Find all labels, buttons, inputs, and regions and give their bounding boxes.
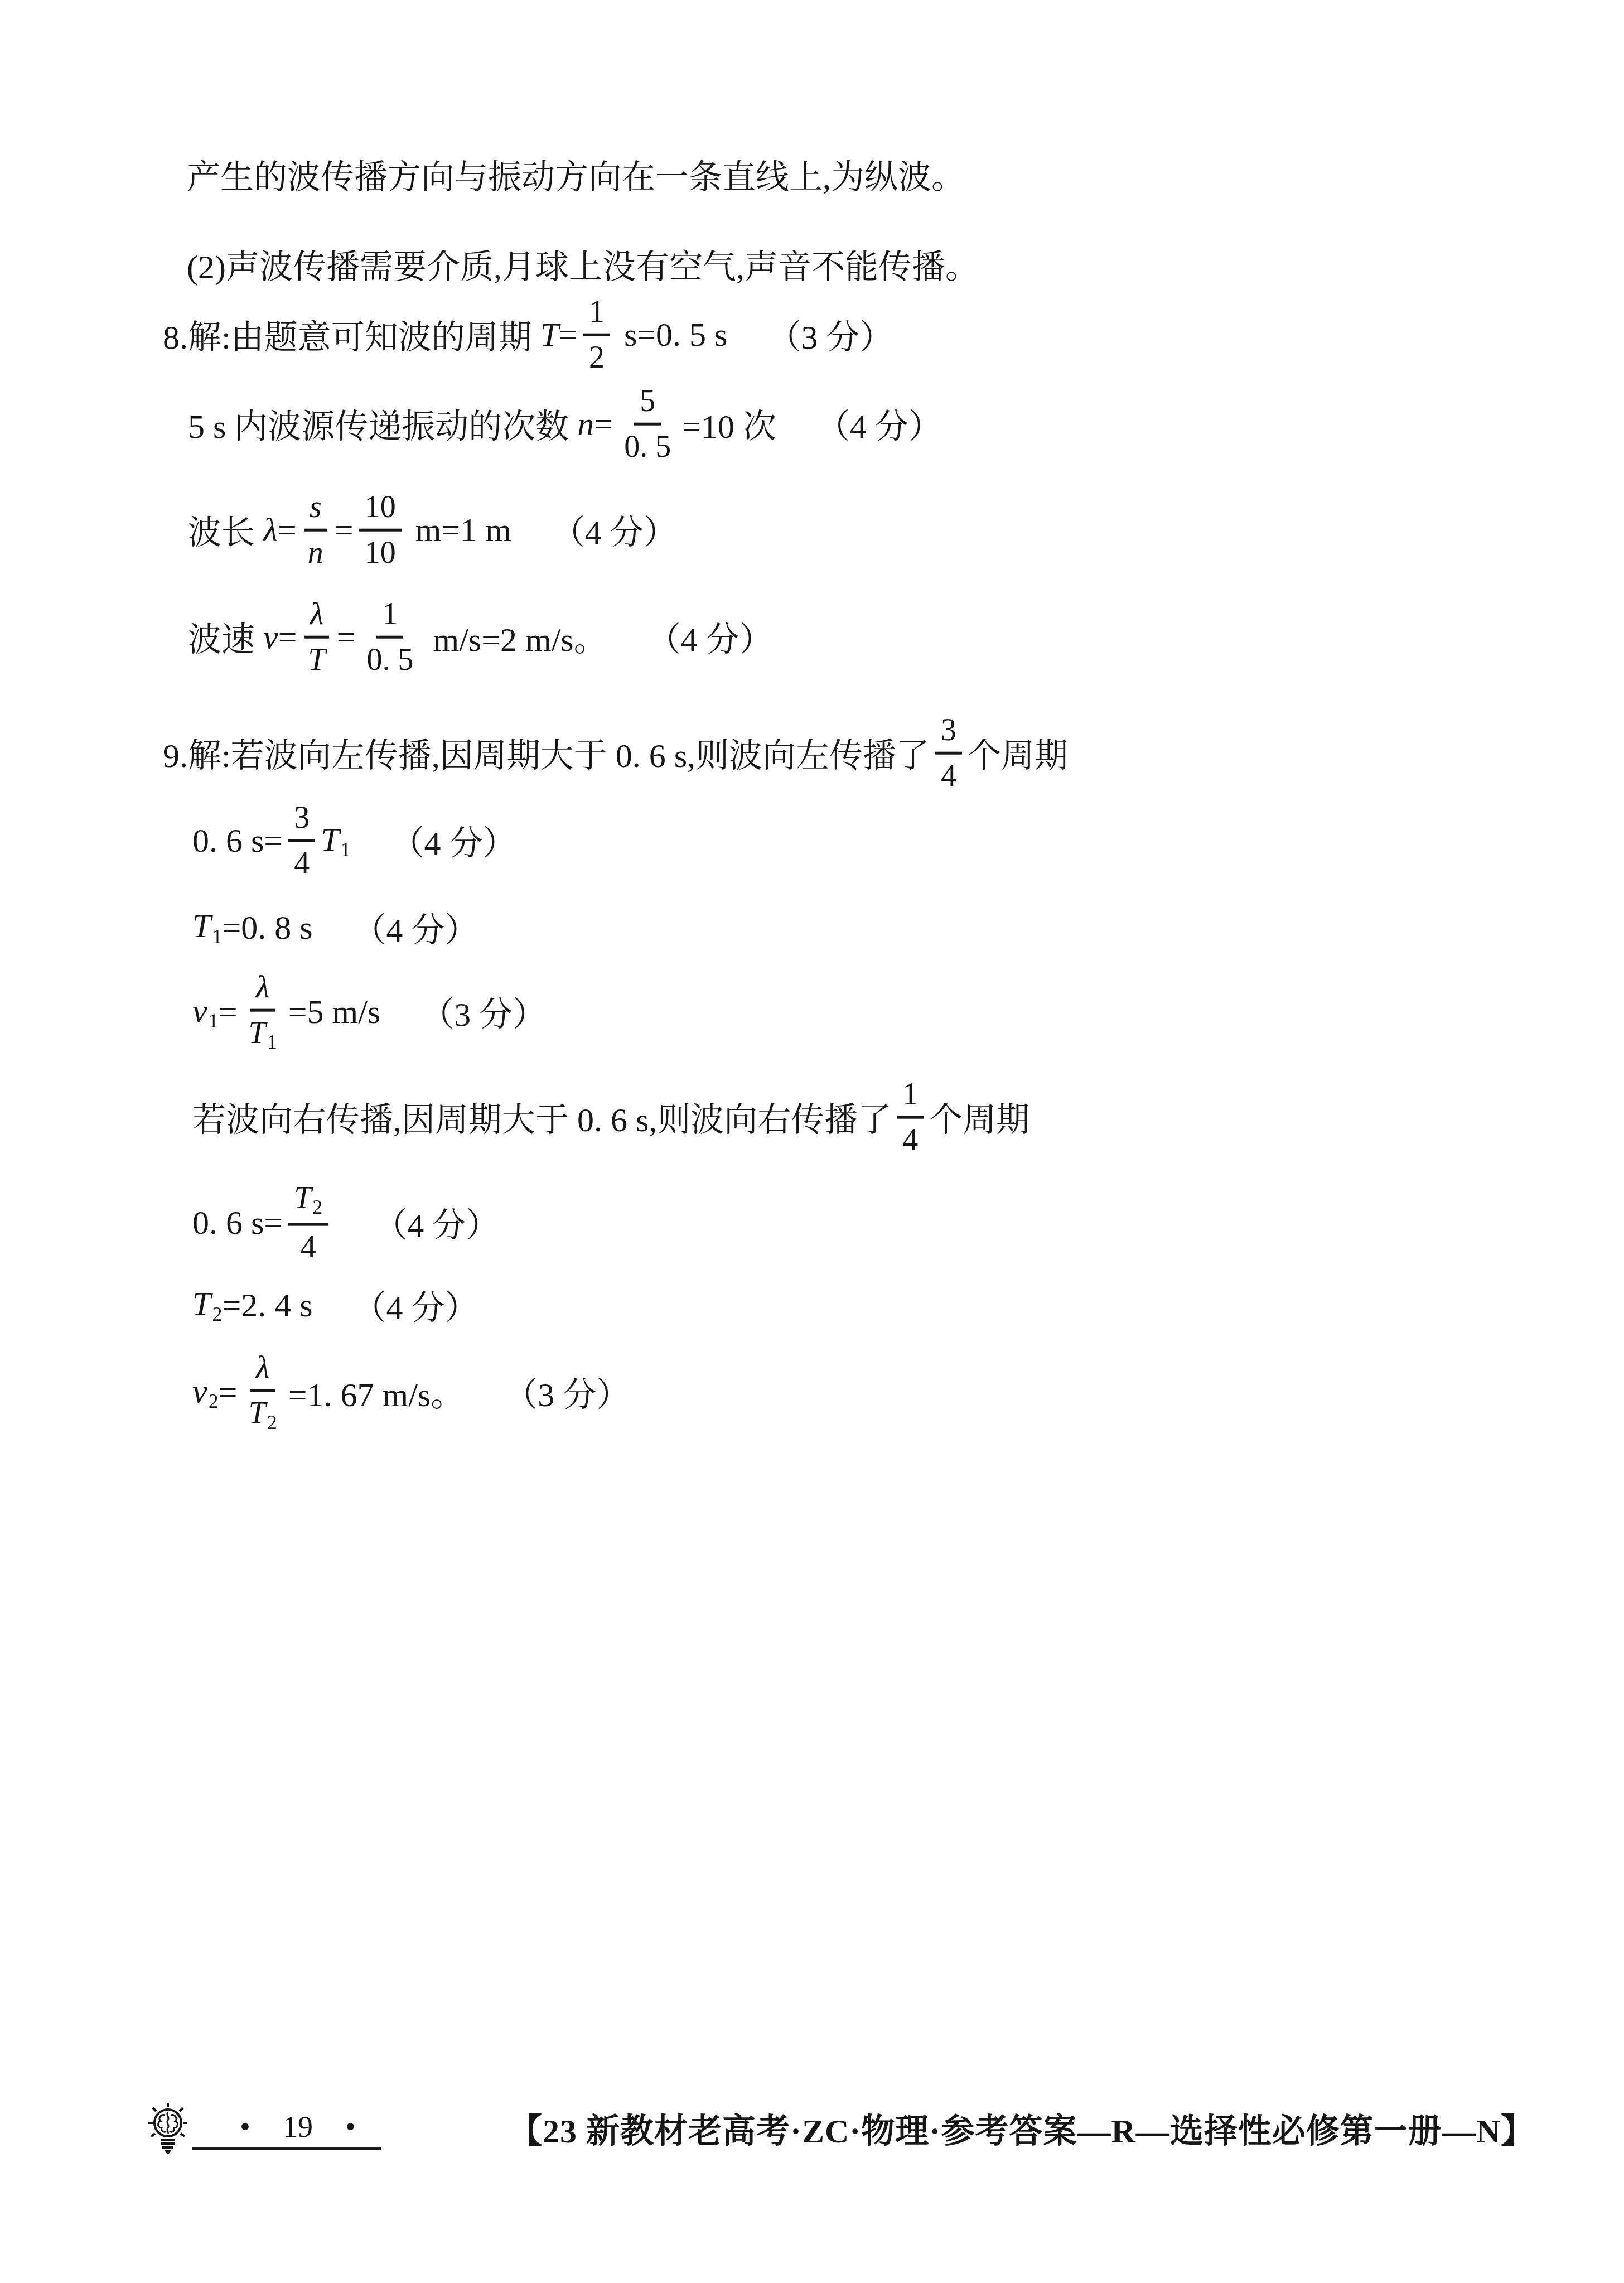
page-number-underline [192, 2147, 381, 2150]
fraction-numerator: λ [250, 1352, 275, 1392]
answer8-count-line: 5 s 内波源传递振动的次数 n=50. 5=10 次（4 分） [188, 385, 942, 464]
text-run: 个周期 [968, 729, 1068, 777]
fraction-denominator: 0. 5 [361, 639, 419, 677]
subscript: 2 [312, 1196, 322, 1218]
fraction-numerator: T2 [288, 1182, 328, 1226]
answer8-wavelength-line: 波长 λ=sn=1010 m=1 m（4 分） [188, 491, 677, 569]
fraction-denominator: 4 [288, 842, 315, 880]
variable: v2 [192, 1372, 219, 1412]
answer8-period-line: 8.解:由题意可知波的周期 T=12 s=0. 5 s（3 分） [163, 296, 893, 374]
answer9-speed2-line: v2=λT2=1. 67 m/s。（3 分） [192, 1352, 630, 1433]
text-run: =0. 8 s [222, 909, 312, 947]
variable: λ [263, 511, 278, 549]
volume-label: 【23 新教材老高考·ZC·物理·参考答案—R—选择性必修第一册—N】 [509, 2105, 1535, 2152]
text-run: 0. 6 s= [192, 822, 283, 860]
fraction: 14 [897, 1078, 924, 1157]
fraction: λT1 [243, 971, 282, 1053]
variable: n [577, 405, 594, 443]
fraction-numerator: 3 [935, 714, 962, 755]
fraction-denominator: T2 [243, 1392, 282, 1433]
text-run: （4 分） [391, 817, 516, 865]
subscript: 1 [341, 838, 351, 861]
text-run: （3 分） [504, 1368, 630, 1416]
answer9-period1-line: T1=0. 8 s（4 分） [192, 904, 478, 952]
text-run: = [278, 511, 297, 549]
subscript: 2 [267, 1411, 277, 1433]
text-run: = [559, 316, 578, 354]
text-run: 8.解:由题意可知波的周期 [163, 311, 540, 359]
text-run: （3 分） [767, 311, 893, 359]
fraction-denominator: 4 [295, 1226, 322, 1264]
fraction: λT2 [243, 1352, 282, 1433]
variable: v [263, 618, 278, 657]
page-number-bullet-left: • [240, 2110, 250, 2144]
variable: T1 [321, 820, 350, 861]
fraction-denominator: 10 [359, 532, 402, 569]
fraction: 1010 [359, 491, 402, 569]
fraction: 34 [935, 714, 962, 793]
answer7-part2-line: (2)声波传播需要介质,月球上没有空气,声音不能传播。 [187, 240, 979, 288]
answer9-period2-line: T2=2. 4 s（4 分） [192, 1281, 478, 1329]
answer9-left-equation-line: 0. 6 s=34T1（4 分） [192, 802, 516, 880]
text-run: 0. 6 s= [192, 1203, 283, 1242]
text-run: = [219, 1373, 238, 1411]
answer-sheet-page: 产生的波传播方向与振动方向在一条直线上,为纵波。(2)声波传播需要介质,月球上没… [0, 0, 1624, 2283]
text-run: （4 分） [353, 1281, 478, 1329]
text-run: = [219, 992, 238, 1031]
answer9-left-direction-line: 9.解:若波向左传播,因周期大于 0. 6 s,则波向左传播了34个周期 [163, 714, 1068, 793]
text-run: 波速 [188, 613, 263, 661]
text-run: 若波向右传播,因周期大于 0. 6 s,则波向右传播了 [192, 1093, 891, 1141]
text-run: 5 s 内波源传递振动的次数 [188, 400, 577, 448]
fraction: 50. 5 [618, 385, 676, 464]
subscript: 2 [209, 1390, 219, 1412]
text-run: = [335, 511, 354, 549]
fraction-denominator: n [302, 532, 329, 569]
text-run: （4 分） [647, 613, 773, 661]
page-number-bullet-right: • [345, 2110, 356, 2144]
fraction-numerator: λ [250, 971, 275, 1012]
text-run: = [337, 618, 356, 657]
page-number: 19 [283, 2110, 313, 2144]
fraction-denominator: T [302, 639, 331, 677]
answer9-right-equation-line: 0. 6 s=T24（4 分） [192, 1182, 499, 1264]
fraction-numerator: s [304, 491, 327, 532]
fraction-numerator: 1 [897, 1078, 924, 1119]
text-run: = [278, 618, 297, 657]
fraction: sn [302, 491, 329, 569]
subscript: 1 [209, 1010, 219, 1032]
text-run: 产生的波传播方向与振动方向在一条直线上,为纵波。 [187, 151, 965, 199]
text-run: s=0. 5 s [616, 316, 728, 354]
text-run: （4 分） [353, 904, 478, 952]
text-run: m/s=2 m/s。 [424, 613, 607, 661]
fraction-numerator: λ [304, 598, 329, 639]
variable: v1 [192, 991, 219, 1032]
fraction: λT [302, 598, 331, 677]
text-run: 个周期 [929, 1093, 1029, 1141]
text-run: 9.解:若波向左传播,因周期大于 0. 6 s,则波向左传播了 [163, 729, 930, 777]
text-run: （4 分） [816, 400, 942, 448]
text-run: （3 分） [420, 988, 546, 1036]
text-run: (2)声波传播需要介质,月球上没有空气,声音不能传播。 [187, 240, 979, 288]
text-run: =1. 67 m/s。 [288, 1368, 465, 1416]
page-number-block: • 19 • [240, 2110, 356, 2144]
subscript: 2 [212, 1303, 222, 1325]
fraction-numerator: 1 [376, 598, 403, 639]
text-run: = [594, 405, 613, 443]
answer7-longitudinal-wave-line: 产生的波传播方向与振动方向在一条直线上,为纵波。 [187, 151, 965, 199]
variable: T [540, 316, 559, 354]
text-run: 波长 [188, 506, 263, 554]
text-run: m=1 m [407, 511, 511, 549]
text-run: =2. 4 s [222, 1286, 312, 1325]
answer9-right-direction-line: 若波向右传播,因周期大于 0. 6 s,则波向右传播了14个周期 [192, 1078, 1029, 1157]
subscript: 1 [267, 1031, 277, 1053]
fraction-denominator: 2 [583, 336, 610, 374]
fraction-numerator: 3 [288, 802, 315, 842]
answer8-wavespeed-line: 波速 v=λT=10. 5 m/s=2 m/s。（4 分） [188, 598, 773, 677]
fraction-denominator: T1 [243, 1011, 282, 1053]
fraction-numerator: 1 [583, 296, 610, 336]
fraction: 10. 5 [361, 598, 419, 677]
text-run: =5 m/s [288, 992, 381, 1031]
variable: T1 [192, 907, 222, 948]
variable: T2 [192, 1285, 222, 1325]
fraction-denominator: 4 [897, 1119, 924, 1157]
subscript: 1 [212, 925, 222, 948]
fraction-denominator: 4 [935, 755, 962, 793]
fraction-denominator: 0. 5 [618, 426, 676, 464]
text-run: （4 分） [552, 506, 677, 554]
answer9-speed1-line: v1=λT1=5 m/s（3 分） [192, 971, 546, 1053]
fraction-numerator: 10 [359, 491, 402, 532]
brain-lightbulb-icon [148, 2103, 187, 2157]
fraction-numerator: 5 [634, 385, 661, 426]
fraction: 34 [288, 802, 315, 880]
fraction: 12 [583, 296, 610, 374]
fraction: T24 [288, 1182, 328, 1264]
text-run: （4 分） [374, 1199, 499, 1247]
text-run: =10 次 [682, 400, 776, 448]
